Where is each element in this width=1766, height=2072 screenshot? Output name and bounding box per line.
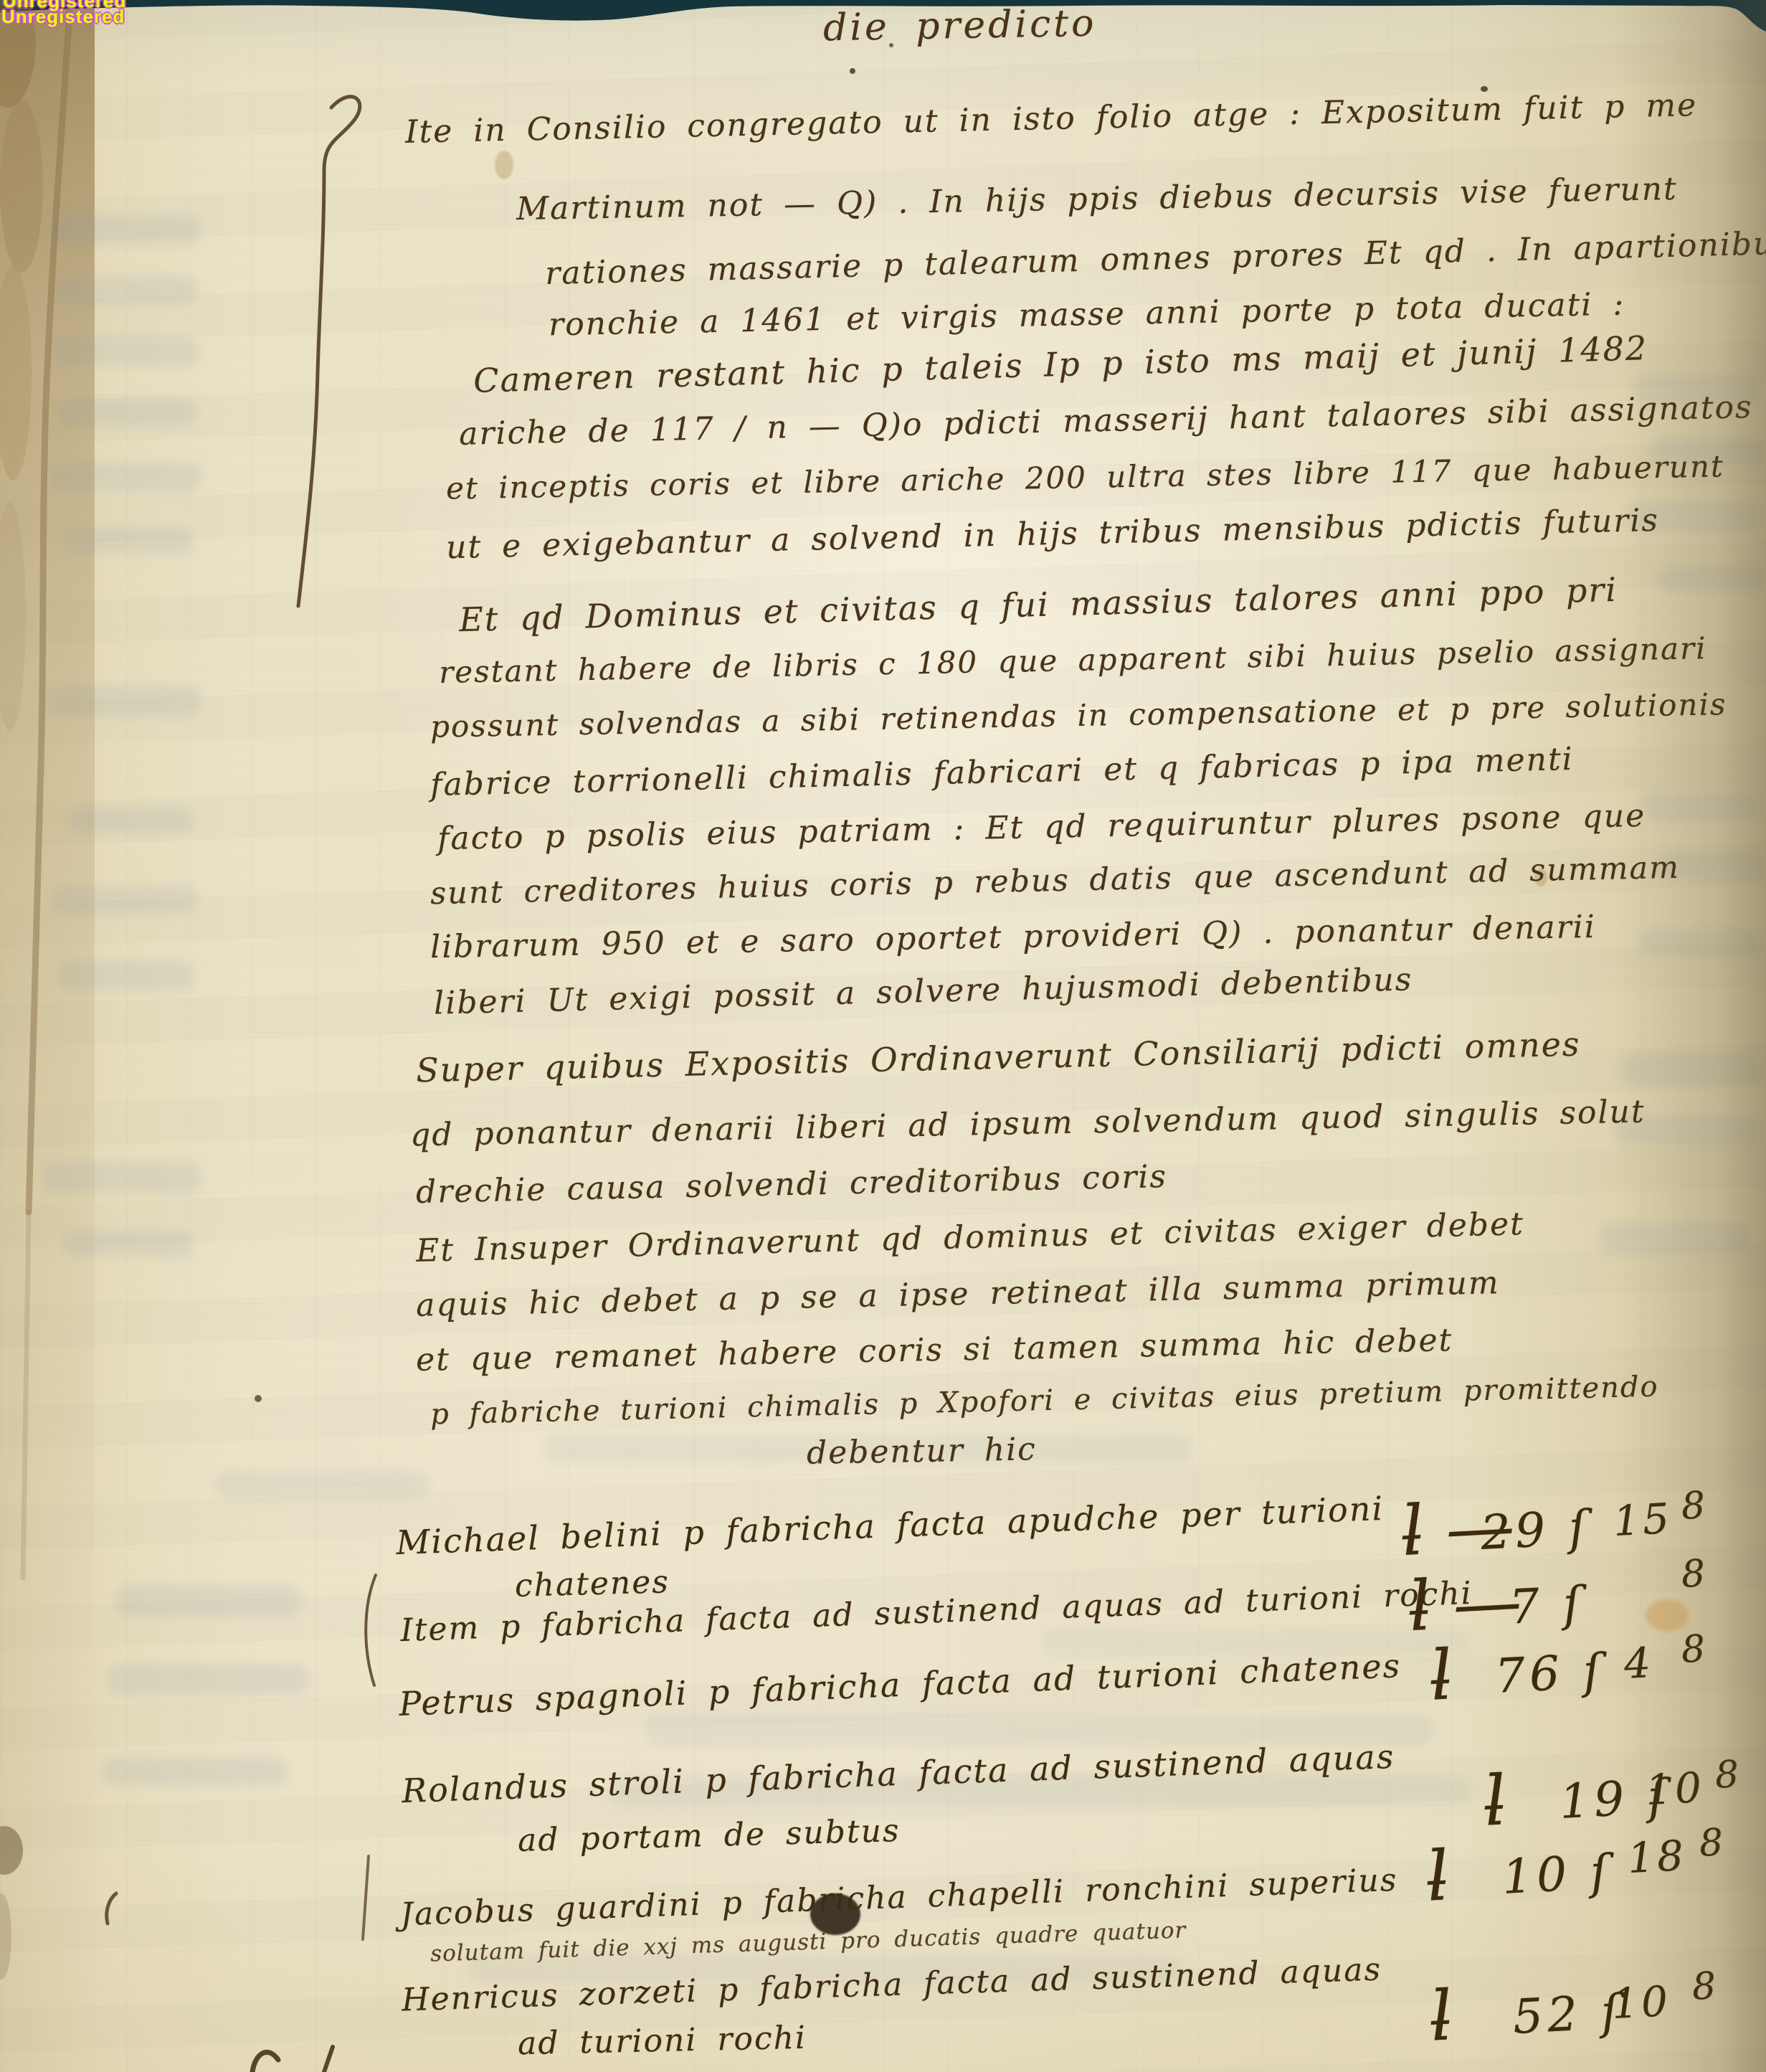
amount-lib-symbol: ƚ — [1407, 1561, 1524, 1647]
ghost-showthrough [43, 1162, 201, 1193]
unregistered-watermark: Unregistered [1, 6, 125, 28]
ledger-entry-line: chatenes [514, 1564, 670, 1604]
manuscript-line: librarum 950 et e saro oportet provideri… [430, 909, 1597, 965]
amount-denari: 18 [1626, 1831, 1687, 1883]
ghost-showthrough [115, 1585, 301, 1617]
manuscript-line: p fabriche turioni chimalis p Xpofori e … [430, 1371, 1659, 1432]
manuscript-line: et que remanet habere coris si tamen sum… [416, 1322, 1453, 1378]
amount-denari-sign: 8 [1680, 1484, 1706, 1528]
amount-denari-sign: 8 [1680, 1552, 1706, 1596]
manuscript-line: sunt creditores huius coris p rebus dati… [430, 850, 1681, 912]
ghost-showthrough [68, 807, 194, 834]
ghost-showthrough [1642, 793, 1760, 821]
ghost-showthrough [57, 398, 197, 427]
ink-speck [255, 1395, 262, 1402]
amount-denari-sign: 8 [1698, 1821, 1724, 1865]
amount-lib-symbol: ƚ [1425, 1835, 1451, 1916]
amount-denari: 4 [1623, 1638, 1654, 1688]
rust-stain [1646, 1599, 1689, 1632]
ghost-showthrough [52, 337, 199, 366]
binding-ridge [29, 0, 70, 1212]
ghost-showthrough [65, 1230, 194, 1257]
manuscript-line: et inceptis coris et libre ariche 200 ul… [446, 448, 1724, 506]
ghost-showthrough [54, 276, 197, 305]
manuscript-line: drechie causa solvendi creditoribus cori… [416, 1158, 1168, 1211]
manuscript-line: rationes massarie p talearum omnes prore… [545, 222, 1766, 292]
manuscript-line: restant habere de libris c 180 que appar… [439, 630, 1707, 690]
cutoff-stroke [324, 2047, 333, 2072]
margin-mark [107, 1893, 116, 1924]
ghost-showthrough [1620, 1054, 1760, 1086]
ghost-showthrough [100, 1757, 287, 1786]
ledger-entry-line: Jacobus guardini p fabricha chapelli ron… [400, 1862, 1399, 1934]
manuscript-line: Et qd Dominus et civitas q fui massius t… [459, 570, 1618, 639]
amount-soldi: 10 ſ [1501, 1844, 1613, 1905]
ledger-entry-line: Petrus spagnoli p fabricha facta ad turi… [398, 1646, 1402, 1723]
ghost-showthrough [50, 463, 201, 493]
amount-denari-sign: 8 [1691, 1964, 1717, 2009]
ghost-showthrough [50, 215, 201, 245]
ledger-entry-line: Rolandus stroli p fabricha facta ad sust… [401, 1737, 1395, 1810]
corner-blot [0, 1893, 11, 1979]
manuscript-line: qd ponantur denarii liberi ad ipsum solv… [410, 1093, 1646, 1153]
manuscript-line: Et Insuper Ordinaverunt qd dominus et ci… [416, 1206, 1525, 1269]
ghost-showthrough [57, 961, 194, 990]
amount-lib-symbol: ƚ [1428, 1975, 1455, 2056]
manuscript-line: Ite in Consilio congregato ut in isto fo… [405, 87, 1698, 151]
manuscript-line: ariche de 117 / n — Q)o pdicti masserij … [459, 389, 1753, 453]
ghost-showthrough [1638, 929, 1760, 956]
page-heading: die predicto [823, 2, 1097, 50]
binding-edge [0, 0, 95, 2072]
binding-ridge-lower [23, 1212, 29, 1578]
manuscript-line: liberi Ut exigi possit a solvere hujusmo… [434, 961, 1413, 1021]
binding-shade [0, 265, 32, 481]
ink-speck [850, 68, 855, 74]
manuscript-line: aquis hic debet a p se a ipse retineat i… [416, 1264, 1500, 1324]
ghost-showthrough [215, 1470, 430, 1499]
amount-denari: 10 [1644, 1763, 1705, 1815]
amount-denari-sign: 8 [1714, 1753, 1739, 1797]
amount-soldi: 7 ſ [1508, 1576, 1586, 1635]
amount-soldi: 29 ſ [1479, 1500, 1592, 1561]
ghost-showthrough [1599, 1223, 1750, 1254]
item-bracket [366, 1575, 376, 1685]
manuscript-line: Martinum not — Q) . In hijs ppis diebus … [516, 171, 1678, 227]
ghost-showthrough [108, 1664, 308, 1695]
amount-denari: 10 [1610, 1977, 1671, 2028]
binding-shade [0, 502, 26, 732]
manuscript-page: Unregistered Unregistered die predicto I… [0, 0, 1766, 2072]
manuscript-line: facto p psolis eius patriam : Et qd requ… [437, 798, 1646, 857]
ledger-entry-line: ad turioni rochi [518, 2020, 807, 2062]
ghost-showthrough [50, 886, 197, 914]
paper-fiber [495, 151, 513, 179]
amount-soldi: 52 ſ [1511, 1984, 1624, 2045]
manuscript-line: Super quibus Expositis Ordinaverunt Cons… [416, 1025, 1581, 1090]
amount-denari-sign: 8 [1680, 1627, 1706, 1672]
manuscript-line: possunt solvendas a sibi retinendas in c… [430, 686, 1727, 744]
corner-blot [0, 1826, 23, 1875]
centered-line: debentur hic [807, 1431, 1038, 1472]
amount-lib-symbol: ƚ [1482, 1760, 1509, 1841]
ghost-showthrough [47, 685, 201, 716]
ledger-entry-line: Michael belini p fabricha facta apudche … [395, 1489, 1384, 1562]
manuscript-line: ut e exigebantur a solvend in hijs tribu… [446, 502, 1660, 566]
manuscript-line: fabrice torrionelli chimalis fabricari e… [430, 741, 1575, 803]
amount-soldi: 76 ſ [1494, 1643, 1606, 1704]
ledger-entry-line: ad portam de subtus [517, 1812, 901, 1859]
cutoff-stroke [252, 2052, 278, 2072]
amount-lib-symbol: ƚ [1428, 1635, 1455, 1716]
ghost-showthrough [1656, 567, 1764, 592]
paragraph-flourish [298, 97, 360, 606]
ghost-showthrough [65, 527, 194, 554]
entry-tick [363, 1856, 369, 1939]
amount-denari: 15 [1612, 1494, 1673, 1546]
binding-shade [0, 100, 43, 273]
